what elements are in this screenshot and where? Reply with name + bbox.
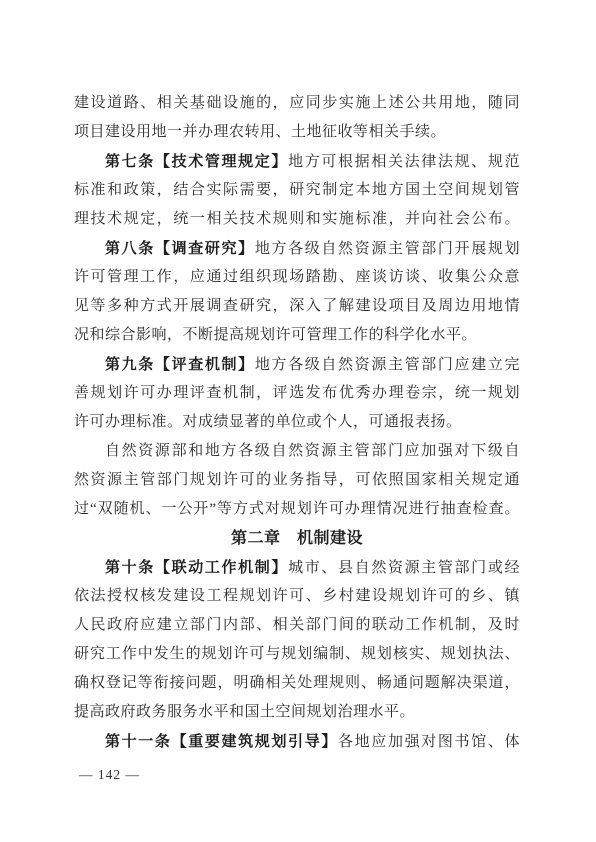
text-line: 第七条【技术管理规定】地方可根据相关法律法规、规范 [74,147,520,176]
article-heading-text: 第九条【评查机制】 [105,356,255,373]
body-text: 建设道路、相关基础设施的，应同步实施上述公共用地，随同 [74,95,520,111]
article-heading-text: 第八条【调查研究】 [105,240,255,257]
body-text: 确权登记等衔接问题，明确相关处理规则、畅通问题解决渠道， [74,675,520,691]
text-line: 第十一条【重要建筑规划引导】各地应加强对图书馆、体 [74,727,520,756]
text-line: 人民政府应建立部门内部、相关部门间的联动工作机制，及时 [74,611,520,640]
text-line: 许可管理工作，应通过组织现场踏勘、座谈访谈、收集公众意 [74,263,520,292]
body-text: 过“双随机、一公开”等方式对规划许可办理情况进行抽查检查。 [74,501,520,517]
body-text: 然资源主管部门规划许可的业务指导，可依照国家相关规定通 [74,472,520,488]
text-line: 提高政府政务服务水平和国土空间规划治理水平。 [74,698,520,727]
text-line: 依法授权核发建设工程规划许可、乡村建设规划许可的乡、镇 [74,582,520,611]
text-line: 项目建设用地一并办理农转用、土地征收等相关手续。 [74,118,520,147]
body-text: 依法授权核发建设工程规划许可、乡村建设规划许可的乡、镇 [74,588,520,604]
body-text: 许可管理工作，应通过组织现场踏勘、座谈访谈、收集公众意 [74,269,520,285]
document-body: 建设道路、相关基础设施的，应同步实施上述公共用地，随同项目建设用地一并办理农转用… [74,89,520,756]
body-text: 理技术规定，统一相关技术规则和实施标准，并向社会公布。 [74,211,520,227]
text-line: 第八条【调查研究】地方各级自然资源主管部门开展规划 [74,234,520,263]
body-text: 城市、县自然资源主管部门或经 [288,560,520,576]
text-line: 第九条【评查机制】地方各级自然资源主管部门应建立完 [74,350,520,379]
body-text: 研究工作中发生的规划许可与规划编制、规划核实、规划执法、 [74,646,520,662]
body-text: 项目建设用地一并办理农转用、土地征收等相关手续。 [74,124,446,140]
body-text: 况和综合影响，不断提高规划许可管理工作的科学化水平。 [74,327,477,343]
body-text: 标准和政策，结合实际需要，研究制定本地方国土空间规划管 [74,182,520,198]
body-text: 自然资源部和地方各级自然资源主管部门应加强对下级自 [105,443,520,459]
text-line: 自然资源部和地方各级自然资源主管部门应加强对下级自 [74,437,520,466]
page-number: — 142 — [79,760,140,789]
body-text: 地方各级自然资源主管部门开展规划 [255,241,520,257]
text-line: 理技术规定，统一相关技术规则和实施标准，并向社会公布。 [74,205,520,234]
body-text: 见等多种方式开展调查研究，深入了解建设项目及周边用地情 [74,298,520,314]
text-line: 善规划许可办理评查机制，评选发布优秀办理卷宗，统一规划 [74,379,520,408]
text-line: 确权登记等衔接问题，明确相关处理规则、畅通问题解决渠道， [74,669,520,698]
article-heading-text: 第十条【联动工作机制】 [105,559,288,576]
body-text: 地方可根据相关法律法规、规范 [288,154,520,170]
body-text: 地方各级自然资源主管部门应建立完 [255,357,520,373]
text-line: 建设道路、相关基础设施的，应同步实施上述公共用地，随同 [74,89,520,118]
body-text: 人民政府应建立部门内部、相关部门间的联动工作机制，及时 [74,617,520,633]
text-line: 况和综合影响，不断提高规划许可管理工作的科学化水平。 [74,321,520,350]
text-line: 然资源主管部门规划许可的业务指导，可依照国家相关规定通 [74,466,520,495]
text-line: 研究工作中发生的规划许可与规划编制、规划核实、规划执法、 [74,640,520,669]
chapter-heading: 第二章 机制建设 [74,524,520,553]
body-text: 各地应加强对图书馆、体 [338,734,520,750]
text-line: 第十条【联动工作机制】城市、县自然资源主管部门或经 [74,553,520,582]
article-heading-text: 第二章 机制建设 [231,530,363,547]
document-page: 建设道路、相关基础设施的，应同步实施上述公共用地，随同项目建设用地一并办理农转用… [0,0,596,842]
body-text: 许可办理标准。对成绩显著的单位或个人，可通报表扬。 [74,414,462,430]
text-line: 过“双随机、一公开”等方式对规划许可办理情况进行抽查检查。 [74,495,520,524]
article-heading-text: 第七条【技术管理规定】 [105,153,288,170]
body-text: 善规划许可办理评查机制，评选发布优秀办理卷宗，统一规划 [74,385,520,401]
text-line: 标准和政策，结合实际需要，研究制定本地方国土空间规划管 [74,176,520,205]
text-line: 见等多种方式开展调查研究，深入了解建设项目及周边用地情 [74,292,520,321]
text-line: 许可办理标准。对成绩显著的单位或个人，可通报表扬。 [74,408,520,437]
body-text: 提高政府政务服务水平和国土空间规划治理水平。 [74,704,415,720]
article-heading-text: 第十一条【重要建筑规划引导】 [105,733,338,750]
